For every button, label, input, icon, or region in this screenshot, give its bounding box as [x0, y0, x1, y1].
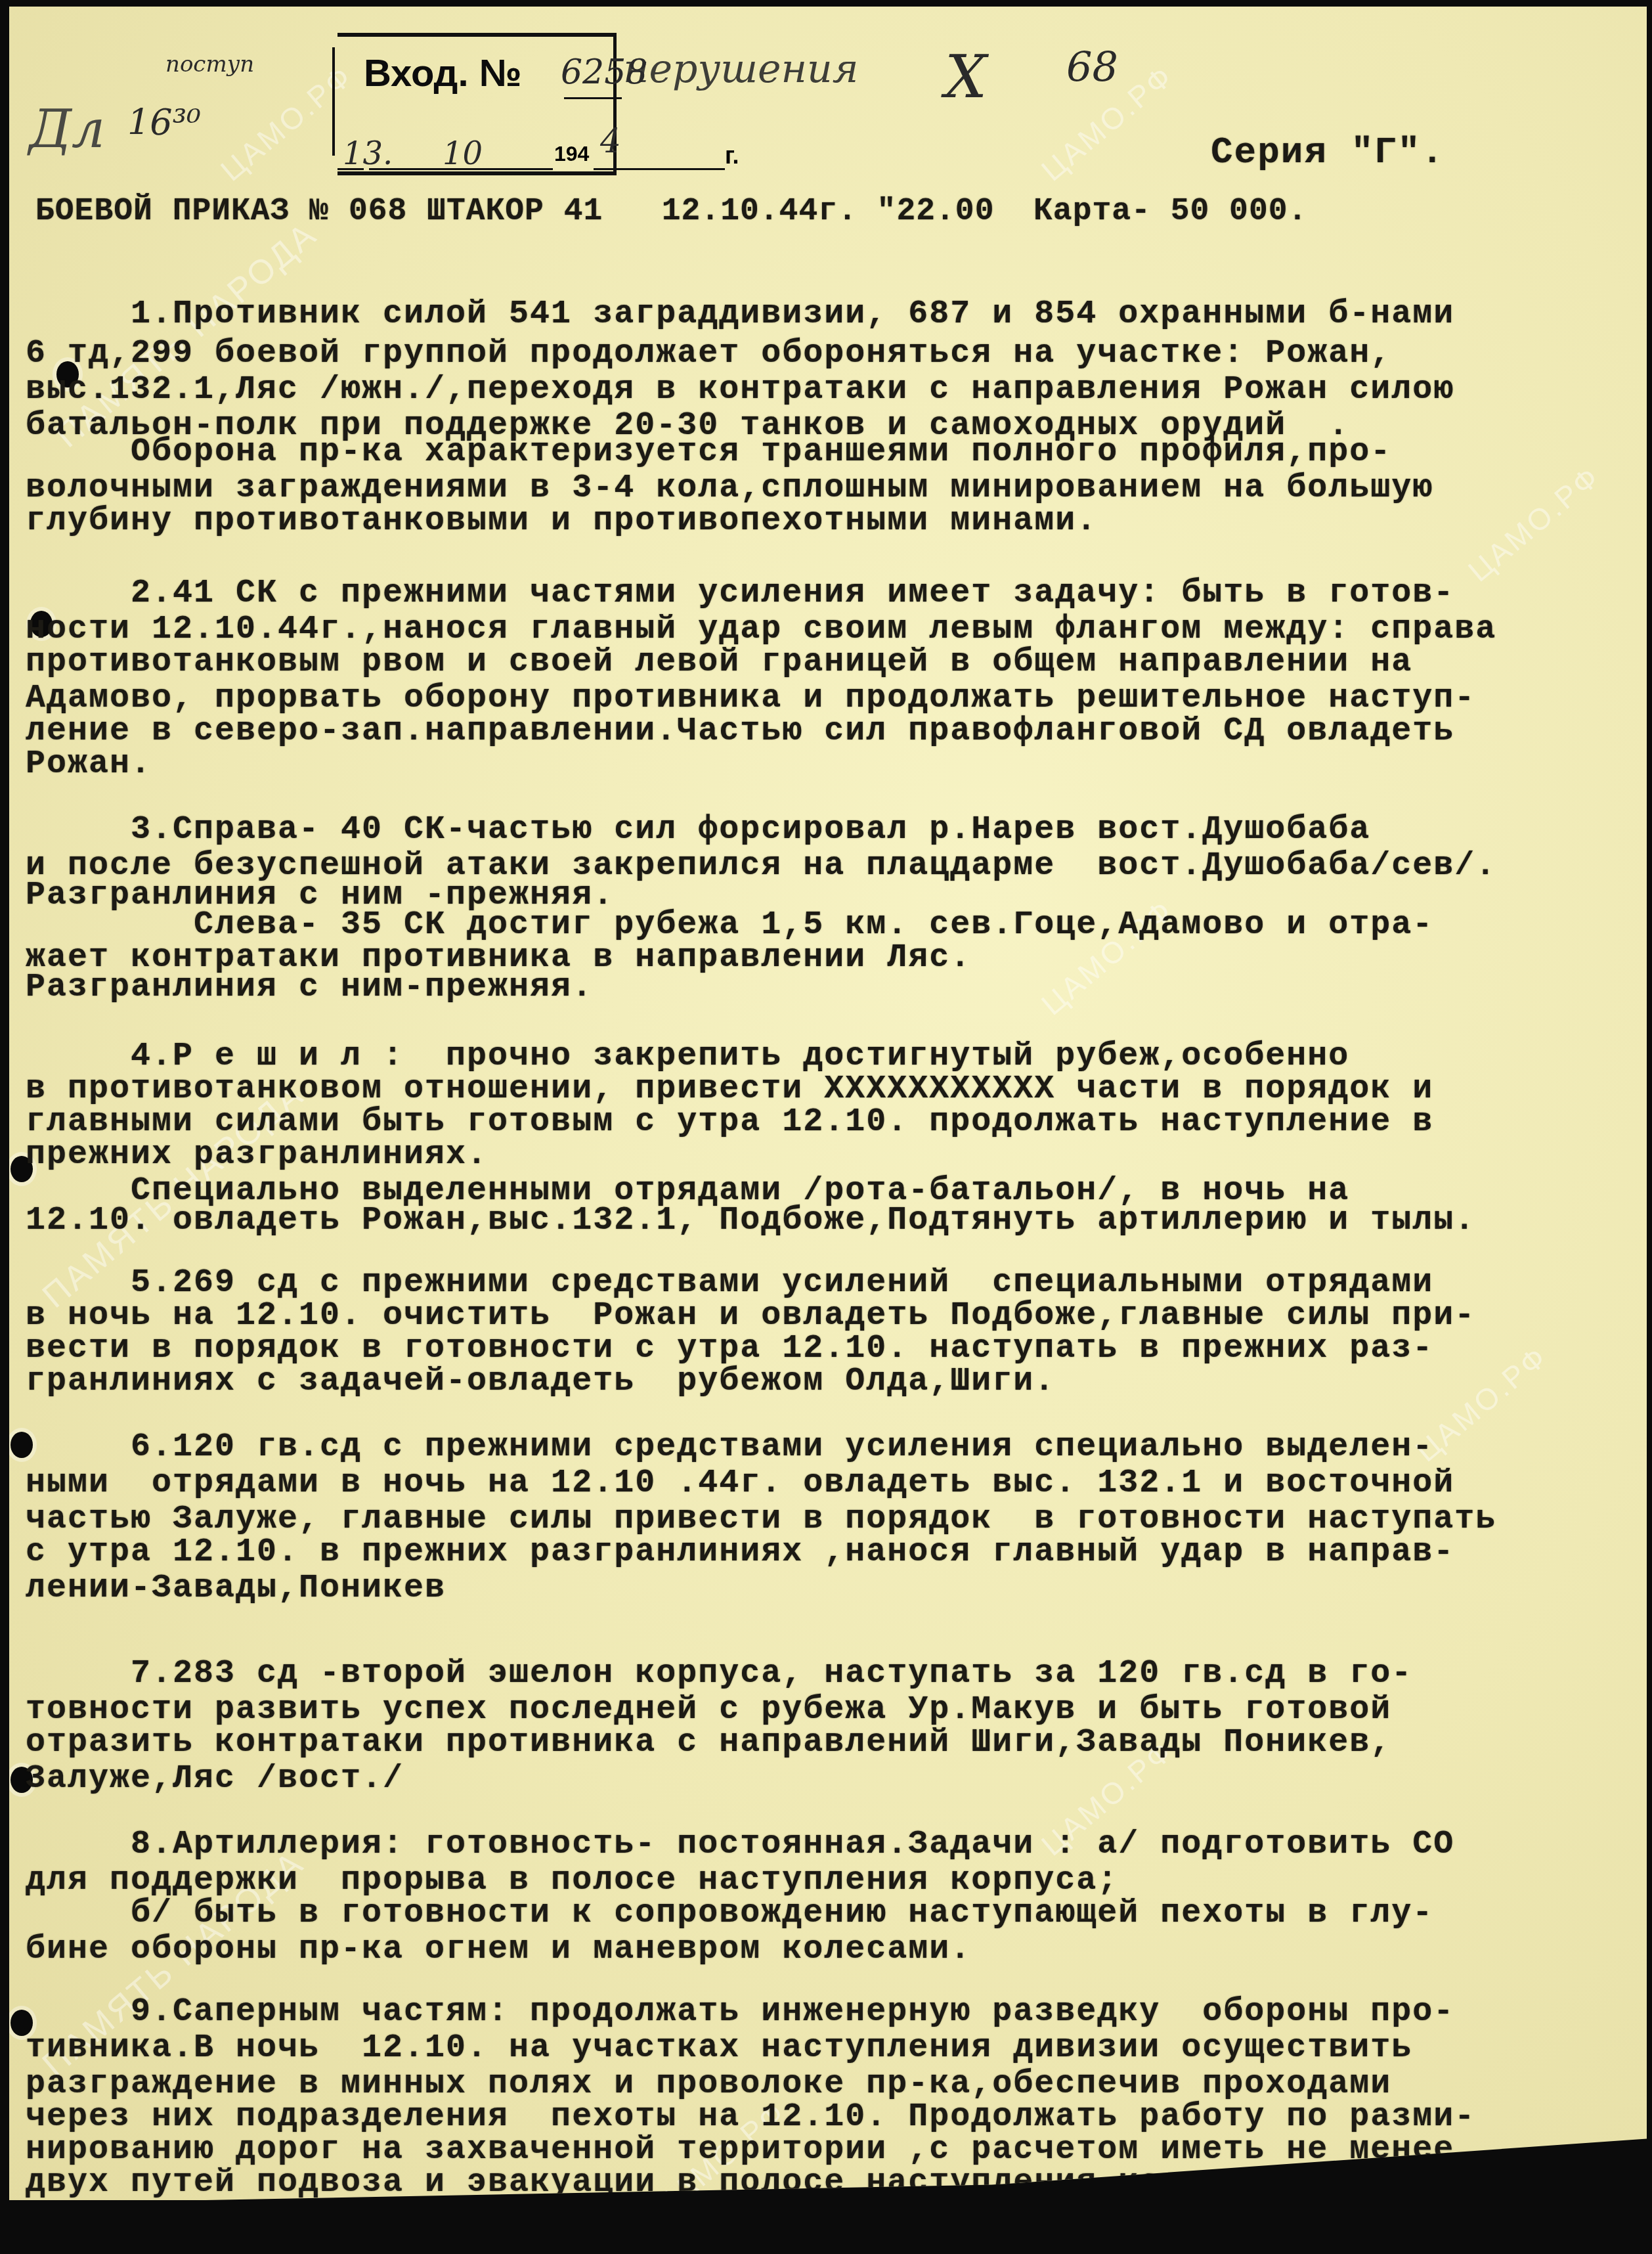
- text-line: волочными заграждениями в 3-4 кола,сплош…: [26, 470, 1433, 507]
- watermark: ЦАМО.РФ: [1461, 458, 1607, 589]
- text-line: глубину противотанковыми и противопехотн…: [26, 502, 1097, 540]
- text-line: 12.10. овладеть Рожан,выс.132.1, Подбоже…: [26, 1202, 1475, 1239]
- text-line: выс.132.1,Ляс /южн./,переходя в контрата…: [26, 371, 1454, 409]
- stamp-year-letter: г.: [725, 142, 739, 169]
- text-line: Слева- 35 СК достиг рубежа 1,5 км. сев.Г…: [26, 906, 1433, 944]
- text-line: 8.Артиллерия: готовность- постоянная.Зад…: [26, 1826, 1454, 1863]
- text-line: б/ быть в готовности к сопровождению нас…: [26, 1895, 1433, 1932]
- handwritten-mark: Х: [945, 43, 987, 112]
- text-line: в противотанковом отношении, привести XX…: [26, 1071, 1433, 1108]
- stamp-month: 10: [443, 135, 483, 172]
- stamp-label: Вход. №: [364, 51, 521, 95]
- text-line: Адамово, прорвать оборону противника и п…: [26, 680, 1475, 717]
- text-line: 6.120 гв.сд с прежними средствами усилен…: [26, 1428, 1433, 1466]
- text-line: Рожан.: [26, 745, 152, 783]
- text-line: тивника.В ночь 12.10. на участках наступ…: [26, 2029, 1412, 2067]
- text-line: ности 12.10.44г.,нанося главный удар сво…: [26, 611, 1496, 648]
- page-number: 68: [1066, 43, 1118, 91]
- text-line: разграждение в минных полях и проволоке …: [26, 2066, 1391, 2103]
- text-line: гранлиниях с задачей-овладеть рубежом Ол…: [26, 1363, 1055, 1400]
- text-line: отразить контратаки противника с направл…: [26, 1724, 1391, 1761]
- handwritten-note: поступ: [165, 51, 254, 77]
- stamp-year-prefix: 194: [554, 142, 589, 166]
- text-line: двух путей подвоза и эвакуации в полосе …: [26, 2164, 1286, 2201]
- text-line: 1.Противник силой 541 заграддивизии, 687…: [26, 296, 1454, 333]
- text-line: 5.269 сд с прежними средствами усилений …: [26, 1264, 1433, 1302]
- text-line: нированию дорог на захваченной территори…: [26, 2131, 1454, 2169]
- text-line: 2.41 СК с прежними частями усиления имее…: [26, 575, 1454, 612]
- text-line: 7.283 сд -второй эшелон корпуса, наступа…: [26, 1655, 1412, 1692]
- handwritten-note-right: нерушения: [623, 46, 858, 92]
- text-line: бине обороны пр-ка огнем и маневром коле…: [26, 1931, 971, 1968]
- text-line: 3.Справа- 40 СК-частью сил форсировал р.…: [26, 811, 1370, 849]
- text-line: 6 тд,299 боевой группой продолжает оборо…: [26, 335, 1391, 372]
- text-line: ными отрядами в ночь на 12.10 .44г. овла…: [26, 1465, 1454, 1502]
- text-line: прежних разгранлиниях.: [26, 1136, 488, 1174]
- text-line: 9.Саперным частям: продолжать инженерную…: [26, 1993, 1454, 2031]
- text-line: с утра 12.10. в прежних разгранлиниях ,н…: [26, 1534, 1454, 1571]
- stamp-year-suffix: 4: [600, 122, 621, 160]
- incoming-stamp: Вход. № 6258 13. 10 194 4 г.: [337, 33, 617, 175]
- text-line: товности развить успех последней с рубеж…: [26, 1691, 1391, 1729]
- text-line: главными силами быть готовым с утра 12.1…: [26, 1103, 1433, 1141]
- text-line: ление в северо-зап.направлении.Частью си…: [26, 713, 1454, 750]
- text-line: лении-Завады,Поникев: [26, 1570, 446, 1607]
- text-line: вести в порядок в готовности с утра 12.1…: [26, 1330, 1433, 1367]
- text-line: частью Залуже, главные силы привести в п…: [26, 1501, 1496, 1538]
- text-line: в ночь на 12.10. очистить Рожан и овладе…: [26, 1297, 1475, 1335]
- series-label: Серия "Г".: [1211, 131, 1445, 173]
- text-line: для поддержки прорыва в полосе наступлен…: [26, 1862, 1118, 1899]
- handwritten-time: 16³⁰: [127, 102, 201, 143]
- text-line: через них подразделения пехоты на 12.10.…: [26, 2098, 1475, 2136]
- text-line: Разгранлиния с ним-прежняя.: [26, 969, 593, 1006]
- document-page: ЦАМО.РФ ЦАМО.РФ ПАМЯТЬ НАРОДА ЦАМО.РФ ЦА…: [9, 7, 1647, 2200]
- text-line: противотанковым рвом и своей левой грани…: [26, 644, 1412, 681]
- handwritten-initials: Дл: [29, 99, 105, 160]
- text-line: Залуже,Ляс /вост./: [26, 1760, 404, 1798]
- text-line: Оборона пр-ка характеризуется траншеями …: [26, 433, 1391, 471]
- stamp-number: 6258: [561, 53, 647, 92]
- order-title: БОЕВОЙ ПРИКАЗ № 068 ШТАКОР 41 12.10.44г.…: [35, 194, 1307, 229]
- text-line: 4.Р е ш и л : прочно закрепить достигнут…: [26, 1038, 1349, 1075]
- stamp-day: 13.: [343, 135, 393, 172]
